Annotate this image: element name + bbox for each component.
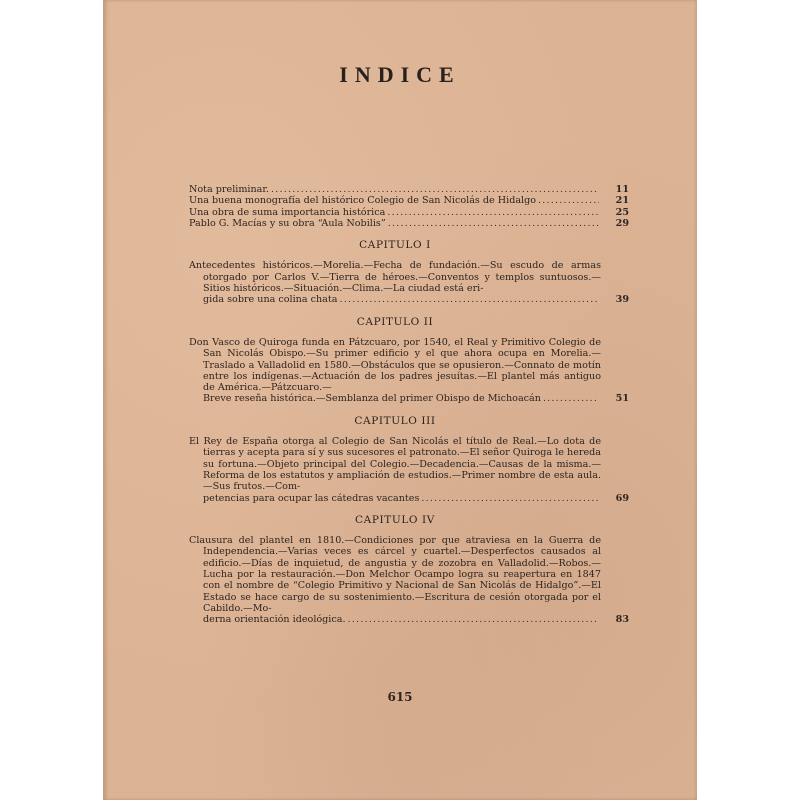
chapter-heading-1: CAPITULO I: [189, 240, 601, 251]
chapter-summary-last-line: gida sobre una colina chata 39: [203, 294, 601, 305]
chapter-heading-2: CAPITULO II: [189, 317, 601, 328]
chapter-summary-text: Don Vasco de Quiroga funda en Pátzcuaro,…: [203, 337, 601, 393]
chapter-1-summary: Antecedentes históricos.—Morelia.—Fecha …: [189, 260, 601, 305]
chapter-summary-text: Clausura del plantel en 1810.—Condicione…: [203, 535, 601, 614]
chapter-summary-last-line: petencias para ocupar las cátedras vacan…: [203, 493, 601, 504]
dot-leader: [271, 184, 599, 195]
toc-entry-text: Una obra de suma importancia histórica: [189, 207, 385, 218]
chapter-2-summary: Don Vasco de Quiroga funda en Pátzcuaro,…: [189, 337, 601, 405]
table-of-contents: Nota preliminar. 11 Una buena monografía…: [189, 184, 601, 626]
toc-page-number: 69: [605, 493, 629, 504]
toc-entry-aula-nobilis: Pablo G. Macías y su obra “Aula Nobilis”…: [189, 218, 601, 229]
dot-leader: [421, 493, 599, 504]
dot-leader: [348, 614, 599, 625]
chapter-summary-text: Antecedentes históricos.—Morelia.—Fecha …: [203, 260, 601, 294]
toc-page-number: 29: [605, 218, 629, 229]
chapter-heading-4: CAPITULO IV: [189, 515, 601, 526]
toc-entry-text: Pablo G. Macías y su obra “Aula Nobilis”: [189, 218, 386, 229]
toc-page-number: 83: [605, 614, 629, 625]
toc-entry-text: Una buena monografía del histórico Coleg…: [189, 195, 536, 206]
toc-page-number: 11: [605, 184, 629, 195]
toc-entry-obra-importancia: Una obra de suma importancia histórica 2…: [189, 207, 601, 218]
chapter-summary-ending: gida sobre una colina chata: [203, 294, 337, 305]
book-page: INDICE Nota preliminar. 11 Una buena mon…: [103, 0, 697, 800]
toc-entry-nota-preliminar: Nota preliminar. 11: [189, 184, 601, 195]
toc-entry-monografia: Una buena monografía del histórico Coleg…: [189, 195, 601, 206]
chapter-summary-last-line: derna orientación ideológica. 83: [203, 614, 601, 625]
dot-leader: [538, 195, 599, 206]
chapter-summary-last-line: Breve reseña histórica.—Semblanza del pr…: [203, 393, 601, 404]
toc-page-number: 51: [605, 393, 629, 404]
chapter-3-summary: El Rey de España otorga al Colegio de Sa…: [189, 436, 601, 504]
chapter-4-summary: Clausura del plantel en 1810.—Condicione…: [189, 535, 601, 625]
toc-page-number: 25: [605, 207, 629, 218]
dot-leader: [388, 218, 599, 229]
dot-leader: [387, 207, 599, 218]
dot-leader: [339, 294, 599, 305]
toc-entry-text: Nota preliminar.: [189, 184, 269, 195]
chapter-summary-text: El Rey de España otorga al Colegio de Sa…: [203, 436, 601, 492]
toc-page-number: 21: [605, 195, 629, 206]
chapter-summary-ending: petencias para ocupar las cátedras vacan…: [203, 493, 419, 504]
chapter-summary-ending: derna orientación ideológica.: [203, 614, 346, 625]
dot-leader: [543, 393, 599, 404]
chapter-summary-ending: Breve reseña histórica.—Semblanza del pr…: [203, 393, 541, 404]
toc-page-number: 39: [605, 294, 629, 305]
page-title: INDICE: [103, 62, 697, 88]
page-number-folio: 615: [103, 690, 697, 704]
chapter-heading-3: CAPITULO III: [189, 416, 601, 427]
